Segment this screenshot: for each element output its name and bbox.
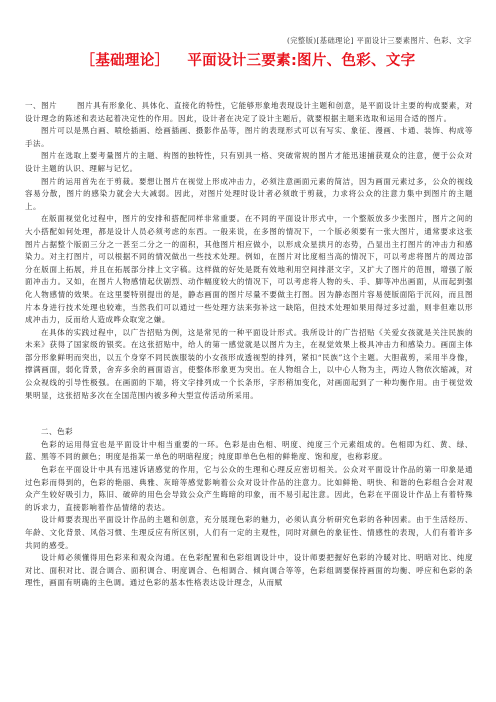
document-body: 一、图片图片具有形象化、具体化、直接化的特性，它能够形象地表现设计主题和创意，是… [25, 100, 473, 590]
paragraph: 图片具有形象化、具体化、直接化的特性，它能够形象地表现设计主题和创意，是平面设计… [25, 101, 473, 123]
paragraph: 图片在选取上要考量图片的主题、构图的独特性，只有别具一格、突破常规的图片才能迅速… [25, 150, 473, 175]
paragraph: 设计师必须懂得用色彩来和观众沟通。在色彩配置和色彩组调设计中，设计师要把握好色彩… [25, 552, 473, 590]
document-title: ［基础理论］平面设计三要素:图片、色彩、文字 [0, 49, 496, 70]
paragraph: 图片的运用首先在于剪裁。要想让图片在视觉上形成冲击力，必须注意画面元素的简洁，因… [25, 176, 473, 214]
paragraph: 在具体的实践过程中，以广告招贴为例，这是常见的一种平面设计形式。我所设计的广告招… [25, 327, 473, 403]
paragraph: 图片可以是黑白画、喷绘插画、绘画插画、摄影作品等，图片的表现形式可以有写实、象征… [25, 125, 473, 150]
section-1-intro: 一、图片图片具有形象化、具体化、直接化的特性，它能够形象地表现设计主题和创意，是… [25, 100, 473, 125]
paragraph: 在版面视觉化过程中，图片的安排和搭配同样非常重要。在不同的平面设计形式中，一个整… [25, 213, 473, 326]
section-heading-color: 二、色彩 [25, 426, 473, 439]
section-heading-pictures: 一、图片 [25, 100, 77, 113]
running-header: (完整版)[基础理论] 平面设计三要素图片、色彩、文字 [287, 36, 472, 46]
section-spacer [25, 402, 473, 426]
title-main: 平面设计三要素:图片、色彩、文字 [187, 53, 415, 69]
paragraph: 色彩在平面设计中具有迅速诉诸感觉的作用，它与公众的生理和心理反应密切相关。公众对… [25, 464, 473, 514]
paragraph: 色彩的运用得宜也是平面设计中相当重要的一环。色彩是由色相、明度、纯度三个元素组成… [25, 439, 473, 464]
title-bracket: ［基础理论］ [81, 53, 170, 69]
paragraph: 设计师要表现出平面设计作品的主题和创意，充分展现色彩的魅力，必须认真分析研究色彩… [25, 514, 473, 552]
